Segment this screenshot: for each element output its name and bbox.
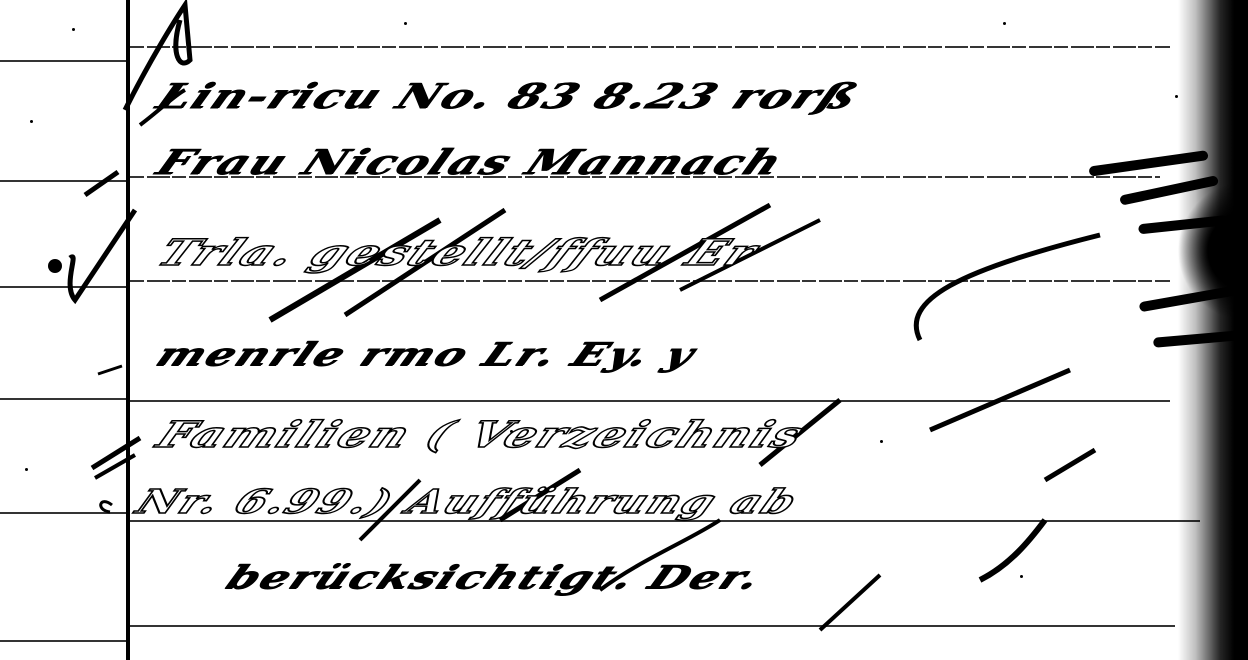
scan-speck [1175,95,1178,98]
scan-speck [30,120,33,123]
handwriting-line-6: Nr. 6.99.) Aufführung ab [130,483,805,521]
handwriting-line-1: Lin-ricu No. 83 8.23 rorß [150,76,867,117]
scan-speck [510,430,513,433]
handwriting-line-5: Familien ( Verzeichnis [150,414,812,456]
handwriting-line-2: Frau Nicolas Mannach [150,142,791,183]
scanned-document-page: Lin-ricu No. 83 8.23 rorß Frau Nicolas M… [0,0,1248,660]
scan-speck [1003,22,1006,25]
scan-speck [25,468,28,471]
scan-speck [880,440,883,443]
scan-speck [72,28,75,31]
scan-speck [1020,575,1023,578]
handwriting-line-3: Trla. gestellt/ffuu Er [150,232,766,274]
handwriting-line-4: menrle rmo Lr. Ey. y [150,336,702,373]
scan-speck [404,22,407,25]
handwriting-line-7: berücksichtigt. Der. [220,559,768,596]
